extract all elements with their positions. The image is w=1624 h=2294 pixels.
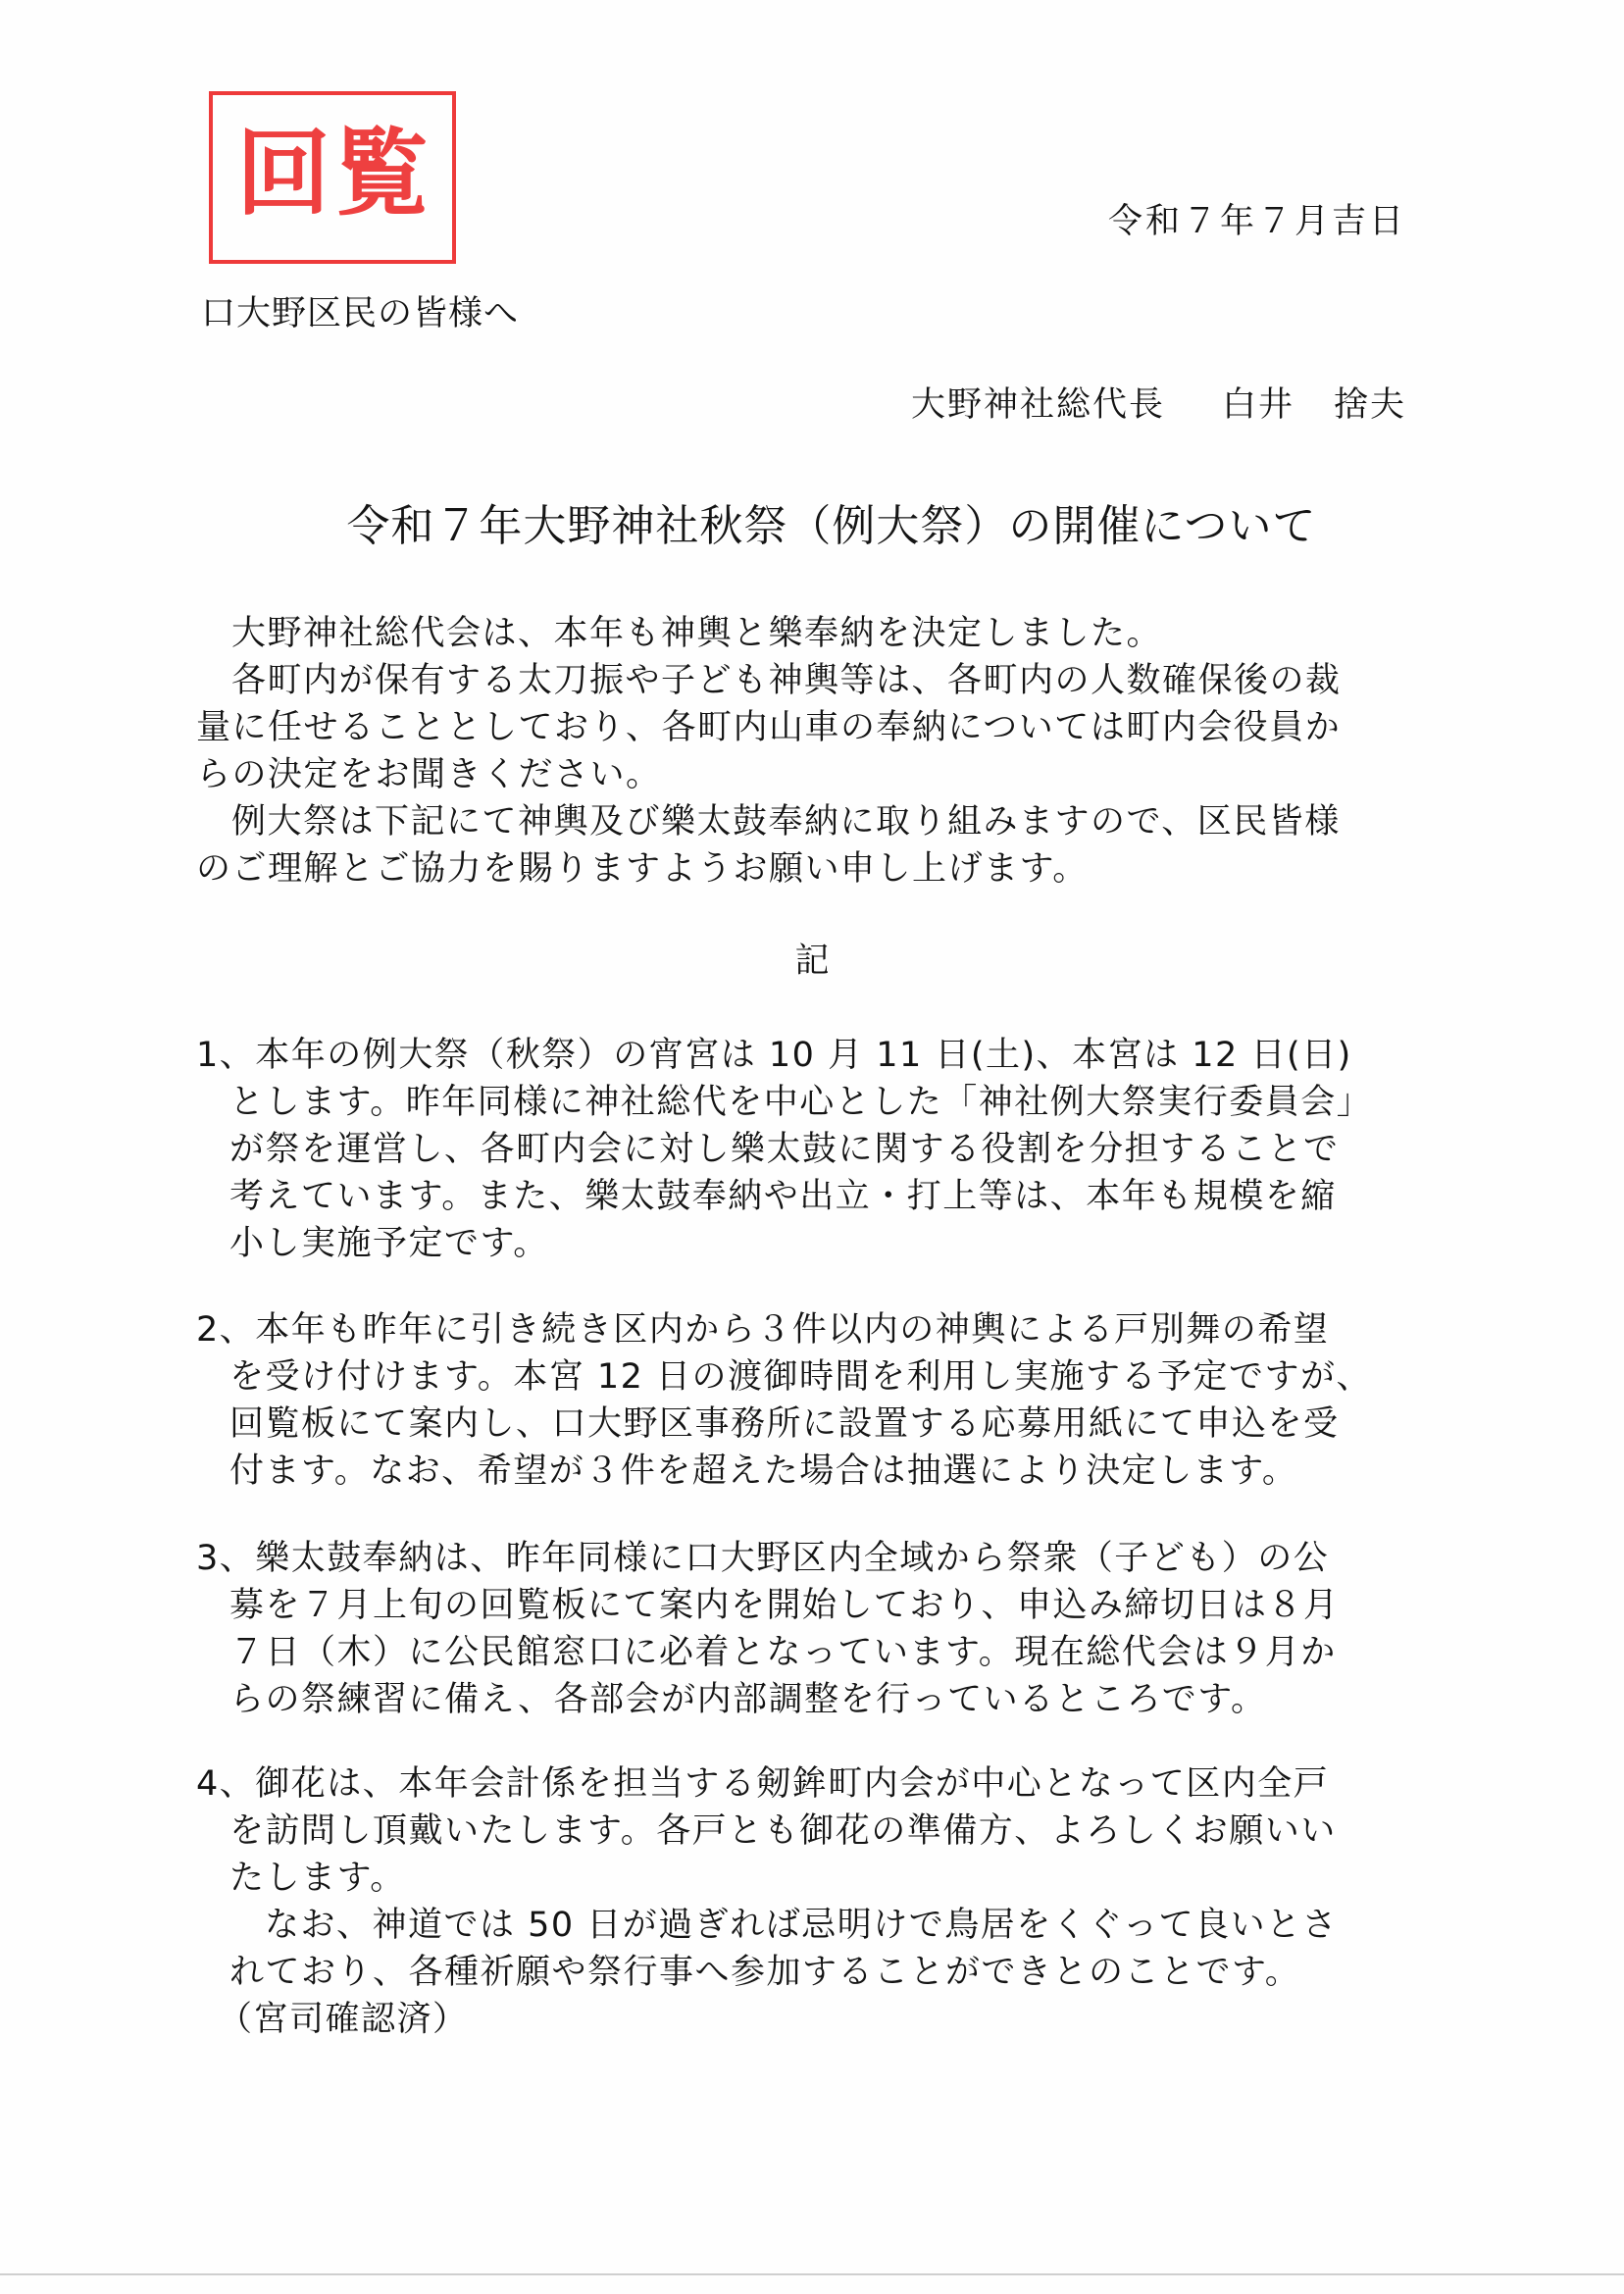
kairan-stamp: 回覧	[209, 91, 456, 264]
item-first-line: 2、本年も昨年に引き続き区内から３件以内の神輿による戸別舞の希望	[196, 1306, 1432, 1353]
intro-paragraphs: 大野神社総代会は、本年も神輿と樂奉納を決定しました。 各町内が保有する太刀振や子…	[196, 610, 1412, 892]
item-line: らの祭練習に備え、各部会が内部調整を行っているところです。	[196, 1676, 1432, 1723]
document-title: 令和７年大野神社秋祭（例大祭）の開催について	[0, 490, 1624, 553]
item-line: 募を７月上旬の回覧板にて案内を開始しており、申込み締切日は８月	[196, 1582, 1432, 1629]
intro-line: 大野神社総代会は、本年も神輿と樂奉納を決定しました。	[196, 610, 1412, 657]
item-line: を訪問し頂戴いたします。各戸とも御花の準備方、よろしくお願いい	[196, 1808, 1432, 1855]
item-first-line: 3、樂太鼓奉納は、昨年同様に口大野区内全域から祭衆（子ども）の公	[196, 1535, 1432, 1582]
intro-line: 例大祭は下記にて神輿及び樂太鼓奉納に取り組みますので、区民皆様	[196, 798, 1412, 845]
item-line: 考えています。また、樂太鼓奉納や出立・打上等は、本年も規模を縮	[196, 1173, 1432, 1220]
kairan-stamp-label: 回覧	[236, 127, 432, 221]
list-item-4: 4、御花は、本年会計係を担当する剱鉾町内会が中心となって区内全戸 を訪問し頂戴い…	[196, 1760, 1432, 2043]
sender-given-name: 捨夫	[1334, 385, 1406, 425]
item-first-line: 1、本年の例大祭（秋祭）の宵宮は 10 月 11 日(土)、本宮は 12 日(日…	[196, 1032, 1432, 1079]
sender-title: 大野神社総代長	[911, 385, 1165, 425]
sender-surname: 白井	[1222, 385, 1294, 425]
scan-edge-rule	[0, 2273, 1624, 2275]
item-number: 1、	[196, 1036, 255, 1075]
item-line: を受け付けます。本宮 12 日の渡御時間を利用し実施する予定ですが、	[196, 1353, 1432, 1401]
item-line: ７日（木）に公民館窓口に必着となっています。現在総代会は９月か	[196, 1629, 1432, 1676]
sender: 大野神社総代長白井捨夫	[911, 378, 1406, 427]
confirmation-note: （宮司確認済）	[196, 1996, 1432, 2043]
item-line: 付ます。なお、希望が３件を超えた場合は抽選により決定します。	[196, 1448, 1432, 1495]
list-item-2: 2、本年も昨年に引き続き区内から３件以内の神輿による戸別舞の希望 を受け付けます…	[196, 1306, 1432, 1495]
list-item-3: 3、樂太鼓奉納は、昨年同様に口大野区内全域から祭衆（子ども）の公 募を７月上旬の…	[196, 1535, 1432, 1723]
item-line: が祭を運営し、各町内会に対し樂太鼓に関する役割を分担することで	[196, 1126, 1432, 1173]
intro-line: のご理解とご協力を賜りますようお願い申し上げます。	[196, 845, 1412, 892]
addressee: 口大野区民の皆様へ	[201, 286, 519, 335]
item-number: 4、	[196, 1764, 255, 1804]
item-line: とします。昨年同様に神社総代を中心とした「神社例大祭実行委員会」	[196, 1079, 1432, 1126]
item-line: 小し実施予定です。	[196, 1220, 1432, 1267]
item-number: 2、	[196, 1310, 255, 1350]
issue-date: 令和７年７月吉日	[1108, 194, 1406, 243]
item-first-line: 4、御花は、本年会計係を担当する剱鉾町内会が中心となって区内全戸	[196, 1760, 1432, 1808]
list-item-1: 1、本年の例大祭（秋祭）の宵宮は 10 月 11 日(土)、本宮は 12 日(日…	[196, 1032, 1432, 1267]
ki-heading: 記	[0, 934, 1624, 983]
intro-line: 各町内が保有する太刀振や子ども神輿等は、各町内の人数確保後の裁	[196, 657, 1412, 704]
intro-line: らの決定をお聞きください。	[196, 751, 1412, 798]
circular-notice-page: 回覧 令和７年７月吉日 口大野区民の皆様へ 大野神社総代長白井捨夫 令和７年大野…	[0, 0, 1624, 2294]
item-note-line: なお、神道では 50 日が過ぎれば忌明けで鳥居をくぐって良いとさ	[196, 1902, 1432, 1949]
item-line: 回覧板にて案内し、口大野区事務所に設置する応募用紙にて申込を受	[196, 1401, 1432, 1448]
item-note-line: れており、各種祈願や祭行事へ参加することができとのことです。	[196, 1949, 1432, 1996]
item-line: たします。	[196, 1855, 1432, 1902]
item-number: 3、	[196, 1539, 255, 1578]
intro-line: 量に任せることとしており、各町内山車の奉納については町内会役員か	[196, 704, 1412, 751]
